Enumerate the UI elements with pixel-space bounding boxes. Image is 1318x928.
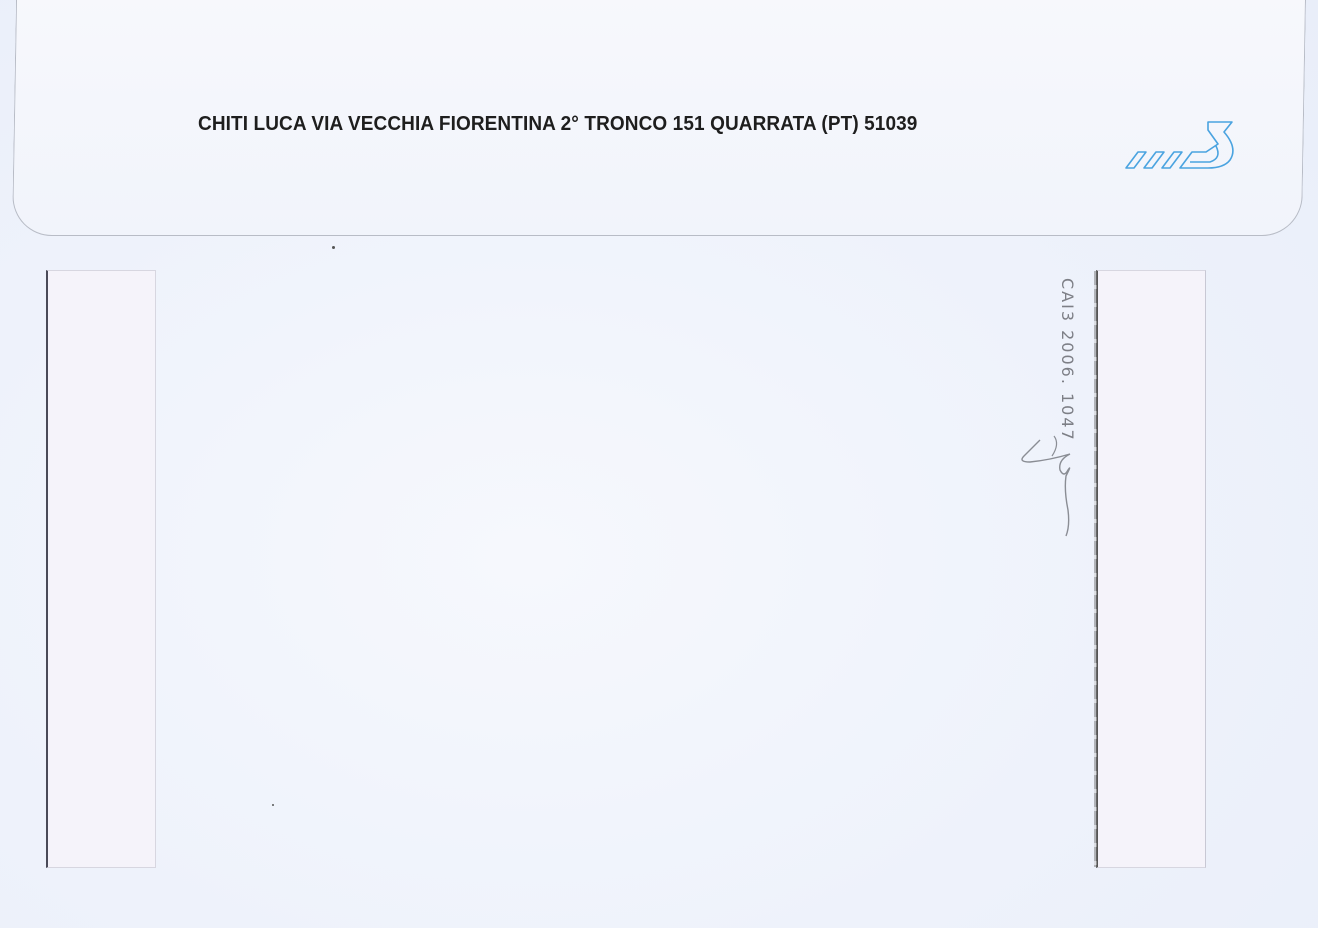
sender-address: CHITI LUCA VIA VECCHIA FIORENTINA 2° TRO…: [198, 113, 1088, 136]
handwritten-signature-icon: [1010, 430, 1100, 540]
handwritten-note: CAI3 2006. 1047: [1058, 278, 1077, 442]
left-window-strip: [46, 270, 156, 868]
paper-speck: [272, 804, 274, 806]
right-window-strip: [1096, 270, 1206, 868]
postal-arrow-logo-icon: [1124, 118, 1242, 178]
envelope-back: CHITI LUCA VIA VECCHIA FIORENTINA 2° TRO…: [0, 0, 1318, 928]
paper-speck: [332, 246, 335, 249]
